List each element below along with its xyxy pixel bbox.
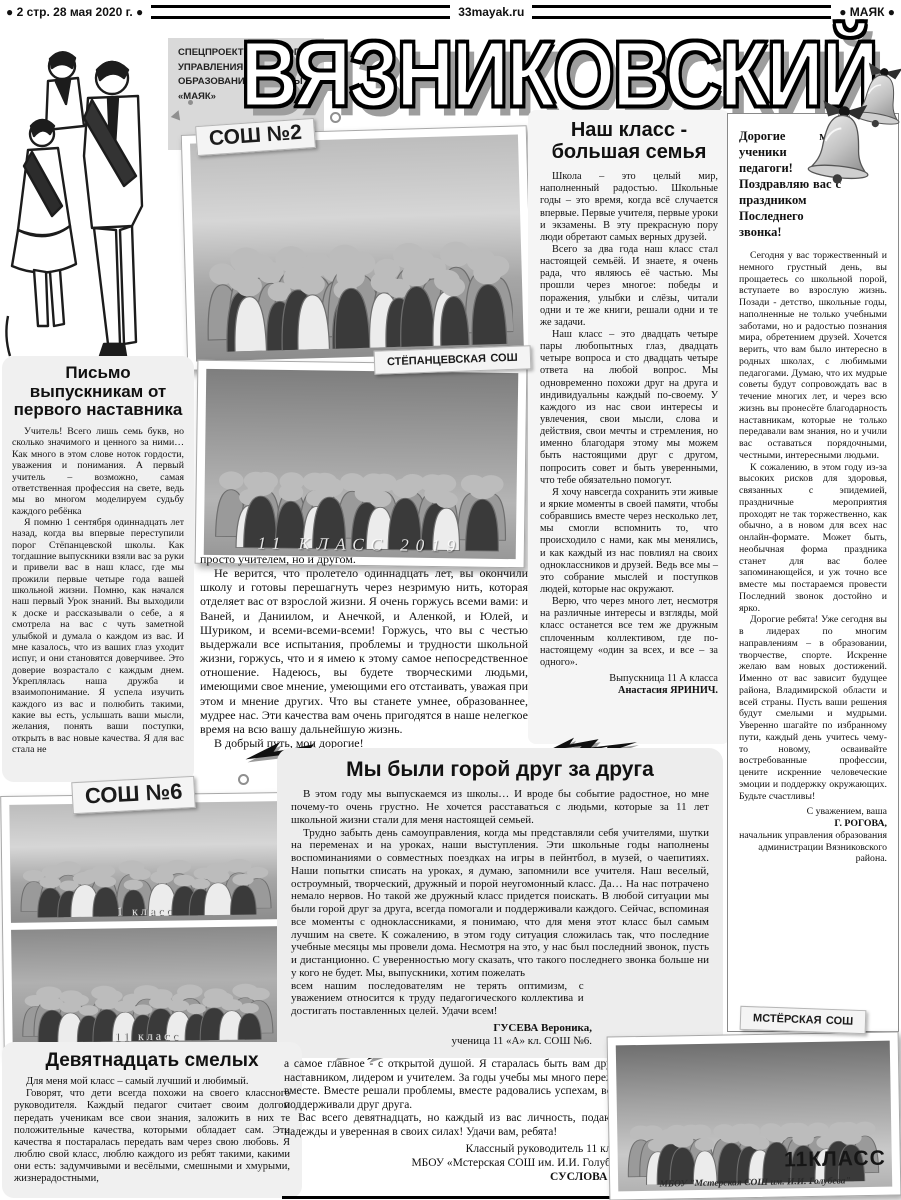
paragraph: Верю, что через много лет, несмотря на р… — [540, 596, 718, 669]
signature-role: ученица 11 «А» кл. СОШ №6. — [452, 1035, 592, 1047]
article-greeting-signature: С уважением, ваша Г. РОГОВА, начальник у… — [739, 806, 887, 865]
paragraph: Не верится, что пролетело одиннадцать ле… — [200, 566, 528, 736]
confetti — [188, 100, 193, 105]
paragraph: Говорят, что дети всегда похожи на своег… — [14, 1088, 290, 1185]
paragraph: Наш класс – это двадцать четыре пары люб… — [540, 329, 718, 487]
students-group — [201, 191, 513, 352]
article-mountain: Мы были горой друг за друга В этом году … — [277, 748, 723, 1058]
paragraph: Всего за два года наш класс стал настоящ… — [540, 244, 718, 329]
article-family-signature: Выпускница 11 А класса Анастасия ЯРИНИЧ. — [540, 673, 718, 697]
signature-name: Анастасия ЯРИНИЧ. — [618, 685, 718, 696]
students-group — [213, 417, 508, 551]
paragraph: Вас всего девятнадцать, но каждый из вас… — [284, 1112, 632, 1139]
article-family: Наш класс - большая семья Школа – это це… — [528, 110, 730, 744]
photo-label-msterskaya: Мстёрская СОШ — [740, 1006, 867, 1034]
article-greeting: Дорогие мои ученики и педагоги! Поздравл… — [727, 113, 899, 1032]
signature-role: начальник управления образования админис… — [739, 830, 887, 865]
paragraph: Учитель! Всего лишь семь букв, но скольк… — [12, 426, 184, 517]
paragraph: К сожалению, в этом году из-за высоких р… — [739, 462, 887, 615]
article-mountain-title: Мы были горой друг за друга — [291, 758, 709, 782]
paragraph: В этом году мы выпускаемся из школы… И в… — [291, 788, 709, 826]
signature-role: Классный руководитель 11 класса — [466, 1143, 632, 1155]
graduates-sketch-illustration — [0, 26, 176, 372]
paragraph: Я помню 1 сентября одиннадцать лет назад… — [12, 517, 184, 756]
paragraph: Для меня мой класс – самый лучший и люби… — [14, 1076, 290, 1088]
article-family-title: Наш класс - большая семья — [540, 120, 718, 163]
article-nineteen: Девятнадцать смелых Для меня мой класс –… — [2, 1042, 302, 1198]
header-rule-right — [532, 5, 831, 19]
header-brand: ● МАЯК ● — [839, 5, 895, 19]
article-letter: Письмо выпускникам от первого наставника… — [2, 356, 194, 782]
signature-name: ГУСЕВА Вероника, — [493, 1022, 592, 1034]
class-photo-stepantsevskaya: 11 КЛАСС 2019 — [195, 360, 528, 569]
class-photo-sosh6: 1 класс 11 класс — [0, 792, 292, 1058]
paragraph: Школа – это целый мир, наполненный радос… — [540, 171, 718, 244]
signature-prefix: С уважением, ваша — [807, 806, 887, 817]
paragraph: всем нашим последователям не терять опти… — [291, 980, 584, 1018]
header-site-url: 33mayak.ru — [458, 5, 524, 19]
paragraph: Сегодня у вас торжественный и немного гр… — [739, 250, 887, 462]
paragraph: а самое главное - с открытой душой. Я ст… — [284, 1058, 632, 1112]
article-nineteen-title: Девятнадцать смелых — [14, 1050, 290, 1072]
article-mountain-signature: ГУСЕВА Вероника, ученица 11 «А» кл. СОШ … — [291, 1022, 592, 1048]
photo-inscription: 1 класс — [11, 902, 281, 921]
paragraph: Я хочу навсегда сохранить эти живые и яр… — [540, 487, 718, 596]
paragraph: Дорогие ребята! Уже сегодня вы в лидерах… — [739, 614, 887, 802]
header-dateline: ● 2 стр. 28 мая 2020 г. ● — [6, 5, 143, 19]
class-photo-msterskaya: 11КЛАСС МБОУ "Мстерская СОШ им. И.И. Гол… — [607, 1031, 901, 1200]
bottom-rule — [282, 1196, 632, 1199]
paragraph: просто учителем, но и другом. — [200, 552, 528, 566]
article-letter-title: Письмо выпускникам от первого наставника — [12, 364, 184, 420]
article-nineteen-continuation: а самое главное - с открытой душой. Я ст… — [284, 1058, 632, 1196]
photo-label-sosh6: СОШ №6 — [71, 776, 196, 814]
newspaper-page: ● 2 стр. 28 мая 2020 г. ● 33mayak.ru ● М… — [0, 0, 901, 1200]
article-nineteen-signature: Классный руководитель 11 класса МБОУ «Мс… — [284, 1143, 632, 1184]
signature-school: МБОУ «Мстерская СОШ им. И.И. Голубева» — [411, 1157, 632, 1169]
class-photo-sosh2 — [181, 125, 533, 371]
photo-inscription: 11КЛАСС — [784, 1147, 886, 1173]
signature-role: Выпускница 11 А класса — [609, 673, 718, 684]
page-header: ● 2 стр. 28 мая 2020 г. ● 33mayak.ru ● М… — [6, 2, 895, 22]
signature-name: Г. РОГОВА, — [834, 818, 887, 829]
paragraph: Трудно забыть день самоуправления, когда… — [291, 827, 709, 980]
confetti — [330, 112, 341, 123]
bell-icon — [797, 90, 885, 198]
header-rule-left — [151, 5, 450, 19]
